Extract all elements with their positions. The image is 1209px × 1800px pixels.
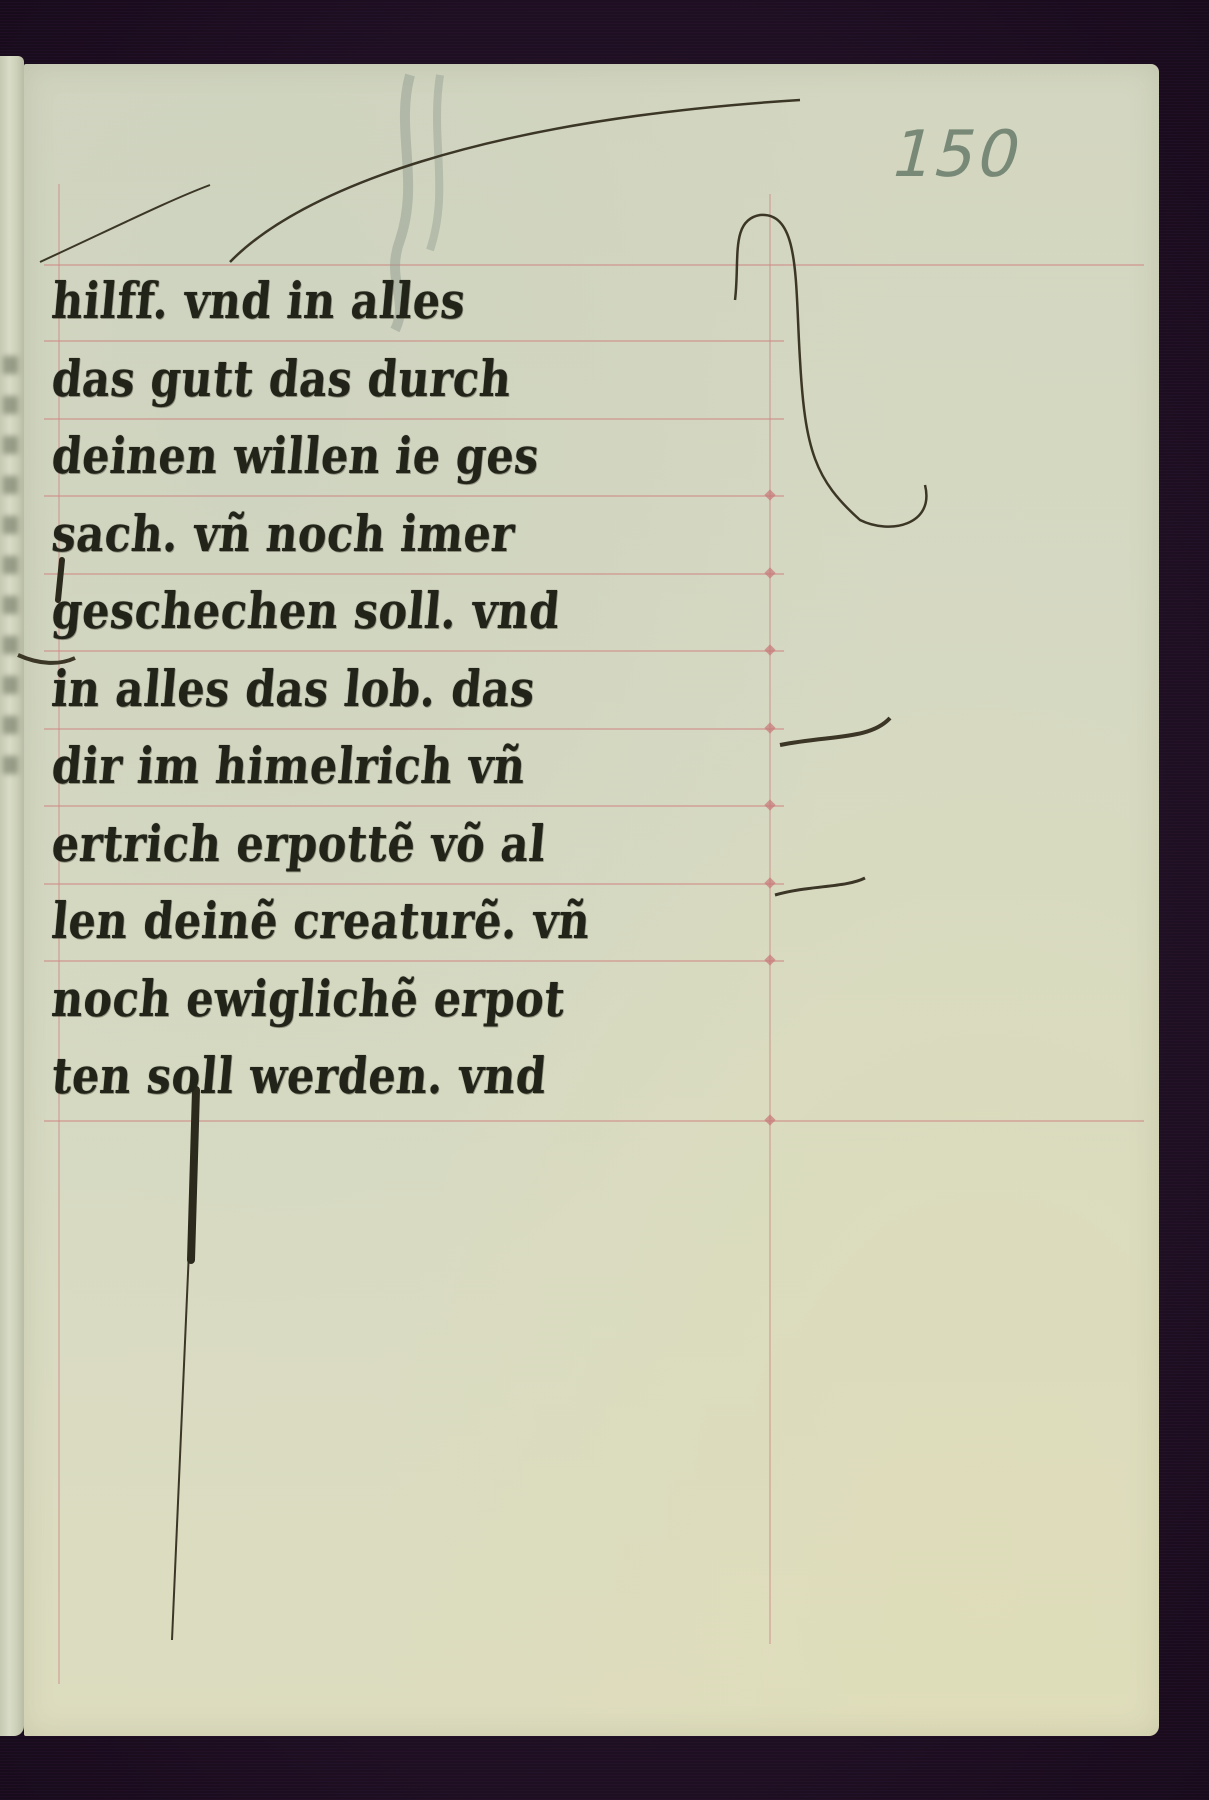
text-line: noch ewiglichẽ erpot (48, 960, 691, 1038)
pricking-mark (764, 1114, 775, 1125)
text-line: in alles das lob. das (48, 650, 691, 728)
text-line: geschechen soll. vnd (48, 572, 691, 650)
text-line: ten soll werden. vnd (48, 1037, 691, 1115)
ruling-line (44, 1120, 1144, 1122)
text-line: sach. vñ noch imer (48, 495, 691, 573)
folio-number: 150 (884, 118, 1031, 192)
text-line: dir im himelrich vñ (48, 727, 691, 805)
text-line: das gutt das durch (48, 340, 691, 418)
manuscript-text-block: hilff. vnd in alles das gutt das durch d… (52, 262, 792, 1115)
text-line: hilff. vnd in alles (48, 262, 691, 340)
text-line: ertrich erpottẽ võ al (48, 805, 691, 883)
text-line: len deinẽ creaturẽ. vñ (48, 882, 691, 960)
facing-page-edge (0, 56, 24, 1736)
text-line: deinen willen ie ges (48, 417, 691, 495)
